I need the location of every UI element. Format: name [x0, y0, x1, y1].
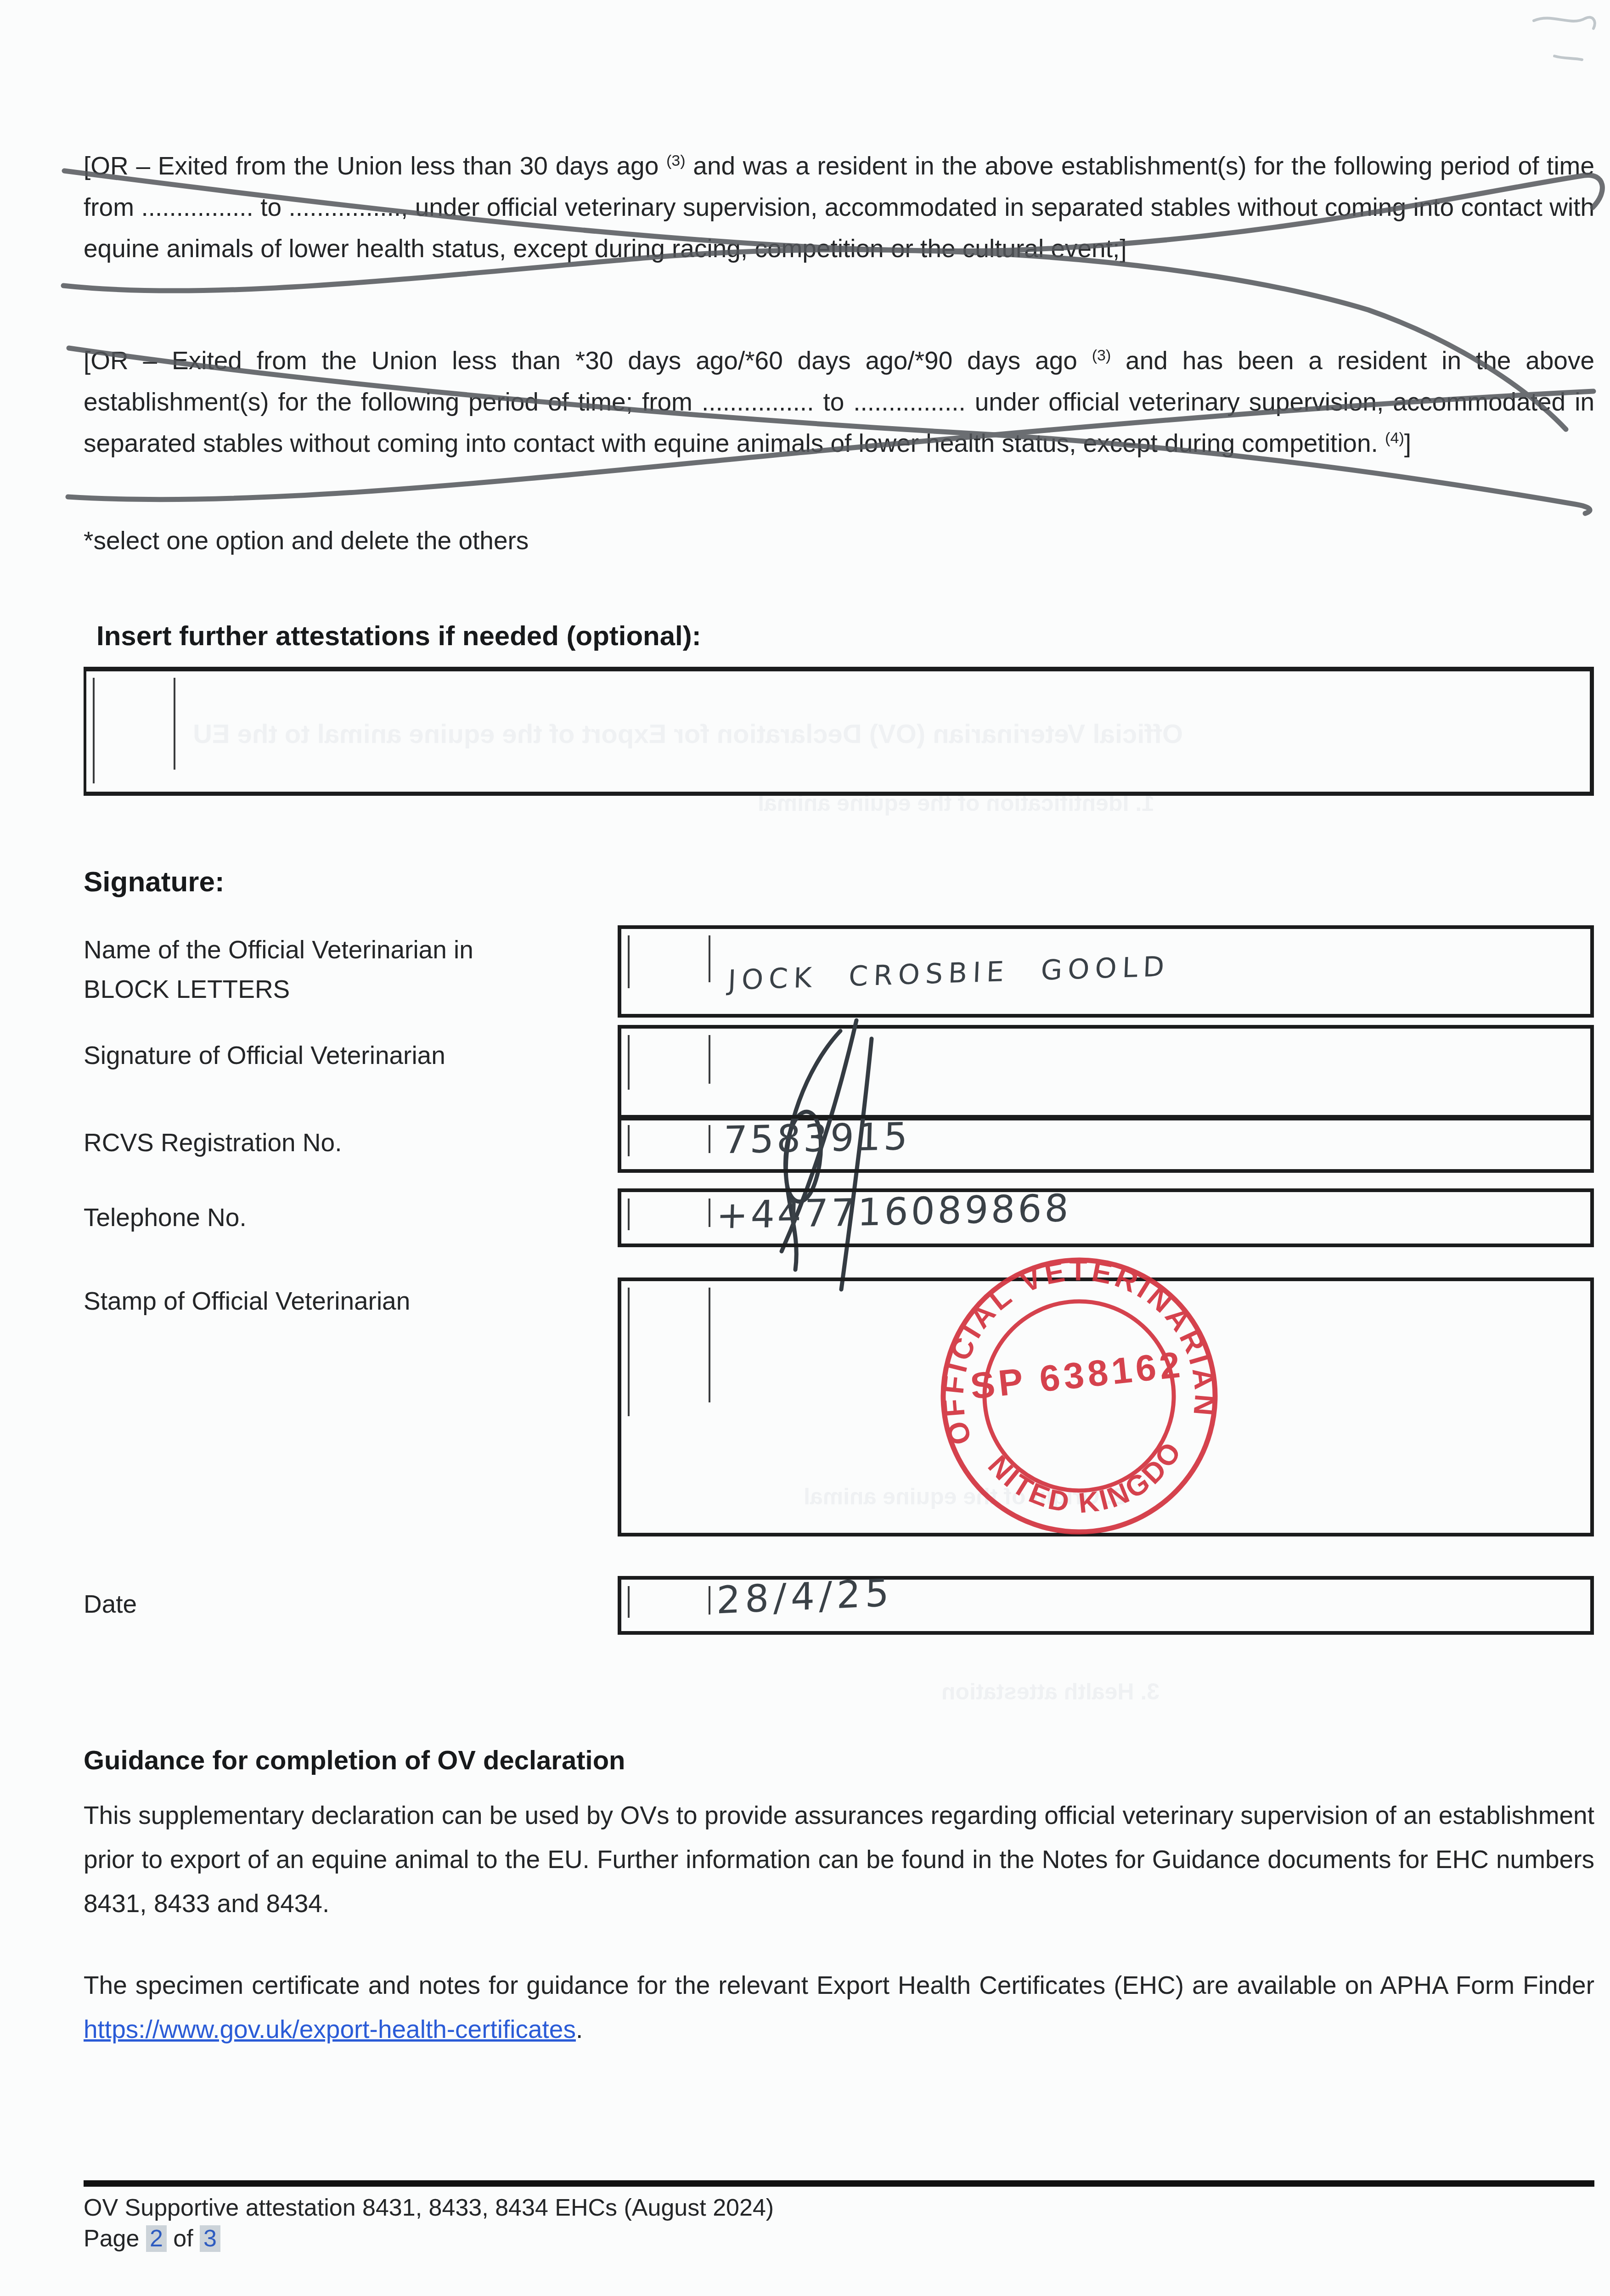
cell-marker-tick — [709, 1125, 710, 1153]
footer-rule — [84, 2180, 1594, 2187]
date-label: Date — [84, 1584, 612, 1624]
cell-marker-tick — [709, 1288, 710, 1402]
guidance-paragraph-1: This supplementary declaration can be us… — [84, 1793, 1594, 1925]
cell-marker-tick — [709, 1586, 710, 1615]
select-option-note: *select one option and delete the others — [84, 526, 529, 555]
cell-marker-tick — [628, 1199, 630, 1230]
date-handwritten-value: 28/4/25 — [716, 1571, 894, 1623]
guidance-heading: Guidance for completion of OV declaratio… — [84, 1745, 625, 1776]
further-attestations-heading: Insert further attestations if needed (o… — [96, 620, 701, 652]
footer-page-number: Page 2 of 3 — [84, 2225, 220, 2252]
guidance-paragraph-2-text: The specimen certificate and notes for g… — [84, 1971, 1594, 1999]
footer-document-title: OV Supportive attestation 8431, 8433, 84… — [84, 2194, 774, 2222]
footnote-3-ref: (3) — [666, 152, 686, 169]
cell-marker-tick — [628, 1586, 630, 1618]
cell-marker-tick — [709, 1035, 710, 1084]
cell-marker-tick — [709, 935, 710, 982]
cell-marker-tick — [628, 935, 630, 988]
footer-page-current: 2 — [146, 2225, 167, 2252]
export-health-certificates-link[interactable]: https://www.gov.uk/export-health-certifi… — [84, 2015, 576, 2043]
cell-marker-tick — [628, 1125, 630, 1156]
telephone-label: Telephone No. — [84, 1198, 612, 1237]
cell-marker-tick — [709, 1199, 710, 1227]
option2-text-a: [OR – Exited from the Union less than *3… — [84, 346, 1092, 375]
scan-smudge-top-right-2 — [1554, 56, 1582, 60]
cell-marker-tick — [93, 678, 95, 783]
footnote-3-ref2: (3) — [1092, 347, 1111, 364]
rcvs-handwritten-value: 7583915 — [723, 1115, 911, 1163]
name-label: Name of the Official Veterinarian in BLO… — [84, 930, 612, 1009]
stamp-field-box[interactable] — [618, 1277, 1594, 1536]
name-label-line1: Name of the Official Veterinarian in — [84, 935, 473, 964]
footer-page-prefix: Page — [84, 2225, 139, 2252]
scanned-document-page: Official Veterinarian (OV) Declaration f… — [0, 0, 1610, 2296]
signature-label: Signature of Official Veterinarian — [84, 1035, 635, 1075]
cell-marker-tick — [174, 678, 175, 770]
guidance-paragraph-2: The specimen certificate and notes for g… — [84, 1963, 1594, 2051]
signature-field-box[interactable] — [618, 1025, 1594, 1120]
rcvs-label: RCVS Registration No. — [84, 1123, 612, 1162]
stamp-label: Stamp of Official Veterinarian — [84, 1281, 612, 1321]
footer-page-sep: of — [173, 2225, 193, 2252]
telephone-handwritten-value: +447716089868 — [716, 1187, 1072, 1238]
signature-heading: Signature: — [84, 866, 225, 898]
name-label-line2: BLOCK LETTERS — [84, 975, 290, 1003]
further-attestations-box[interactable] — [84, 667, 1594, 796]
cell-marker-tick — [628, 1288, 630, 1416]
cell-marker-tick — [628, 1035, 630, 1090]
guidance-paragraph-2-suffix: . — [576, 2015, 583, 2043]
footnote-4-ref: (4) — [1385, 429, 1404, 447]
option2-paragraph: [OR – Exited from the Union less than *3… — [84, 340, 1594, 464]
option1-paragraph: [OR – Exited from the Union less than 30… — [84, 145, 1594, 269]
bleed-through-section3: 3. Health attestation — [941, 1678, 1160, 1705]
option2-text-c: ] — [1404, 429, 1411, 457]
option1-text-a: [OR – Exited from the Union less than 30… — [84, 152, 666, 180]
footer-page-total: 3 — [200, 2225, 220, 2252]
scan-smudge-top-right — [1534, 17, 1595, 28]
